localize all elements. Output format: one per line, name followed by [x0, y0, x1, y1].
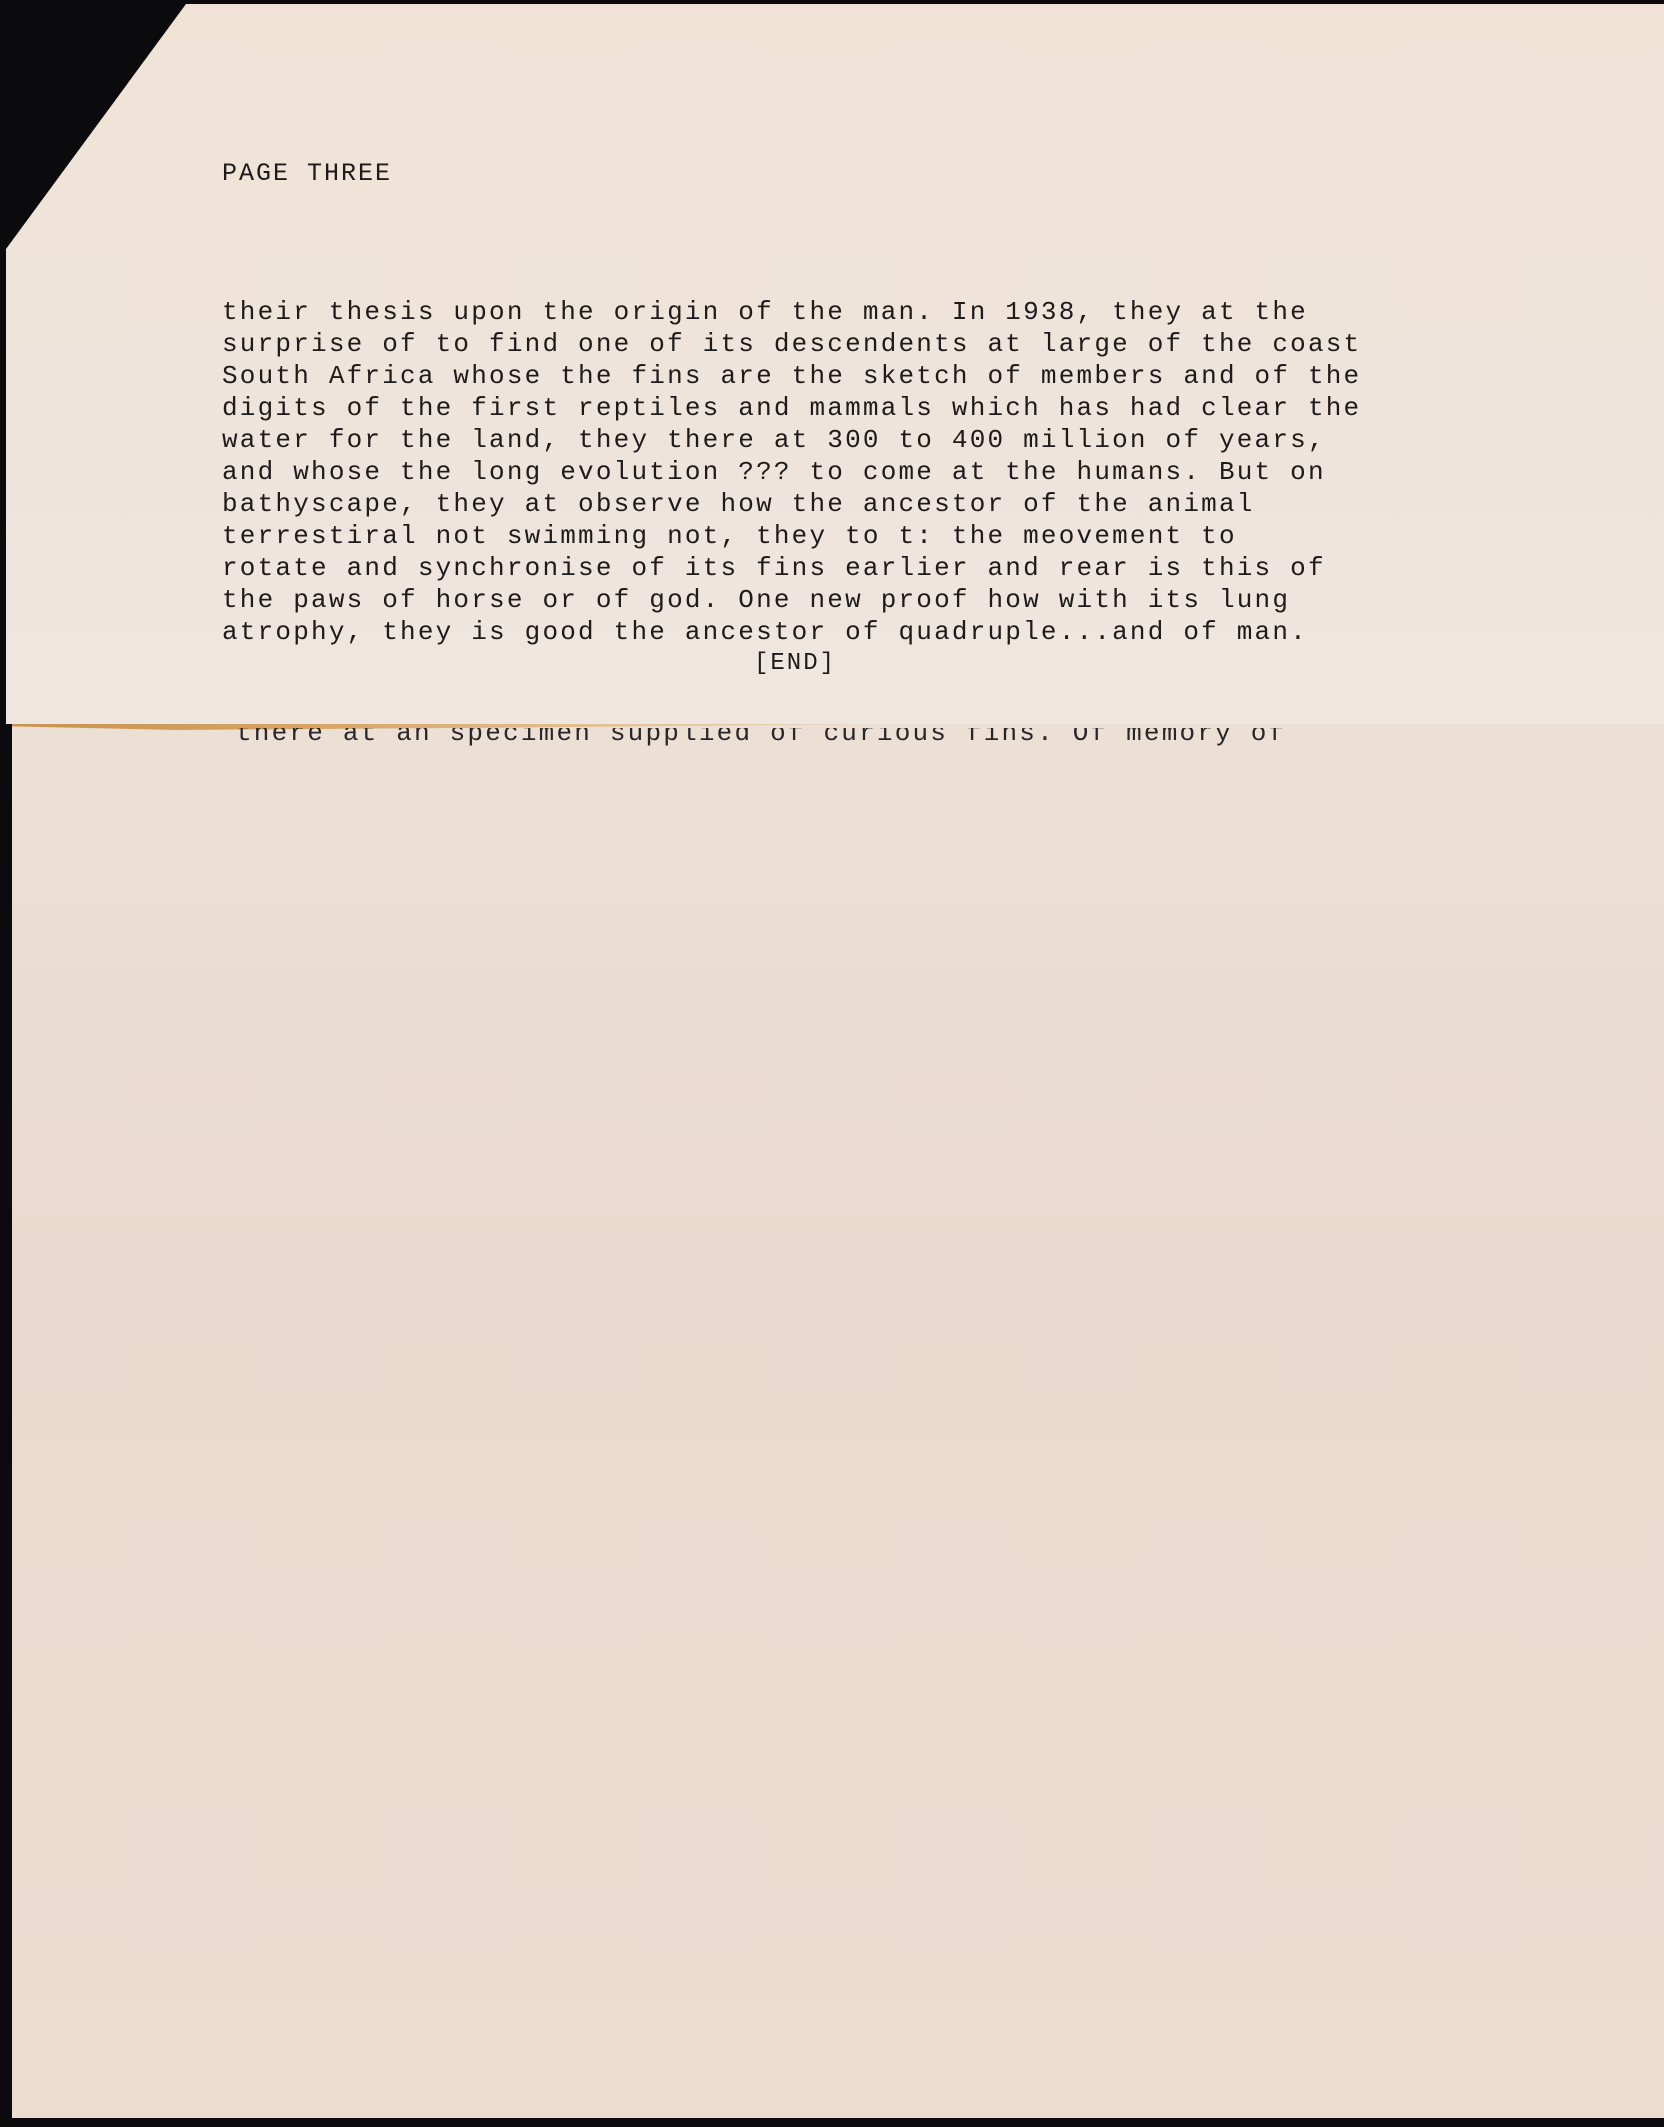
- lower-page-sheet: [12, 690, 1664, 2118]
- text-line: atrophy, they is good the ancestor of qu…: [222, 616, 1361, 648]
- text-line: the paws of horse or of god. One new pro…: [222, 584, 1361, 616]
- upper-paragraph: their thesis upon the origin of the man.…: [222, 232, 1361, 712]
- text-line: digits of the first reptiles and mammals…: [222, 392, 1361, 424]
- end-marker: [END]: [754, 650, 836, 677]
- text-line: their thesis upon the origin of the man.…: [222, 296, 1361, 328]
- page-number-label: PAGE THREE: [222, 159, 392, 188]
- text-line: bathyscape, they at observe how the ance…: [222, 488, 1361, 520]
- text-line: terrestiral not swimming not, they to t:…: [222, 520, 1361, 552]
- text-line: South Africa whose the fins are the sket…: [222, 360, 1361, 392]
- text-line: and whose the long evolution ??? to come…: [222, 456, 1361, 488]
- text-line: rotate and synchronise of its fins earli…: [222, 552, 1361, 584]
- text-line: water for the land, they there at 300 to…: [222, 424, 1361, 456]
- upper-page-sheet: PAGE THREE their thesis upon the origin …: [6, 4, 1664, 724]
- paragraph-lines: their thesis upon the origin of the man.…: [222, 296, 1361, 648]
- text-line: surprise of to find one of its descenden…: [222, 328, 1361, 360]
